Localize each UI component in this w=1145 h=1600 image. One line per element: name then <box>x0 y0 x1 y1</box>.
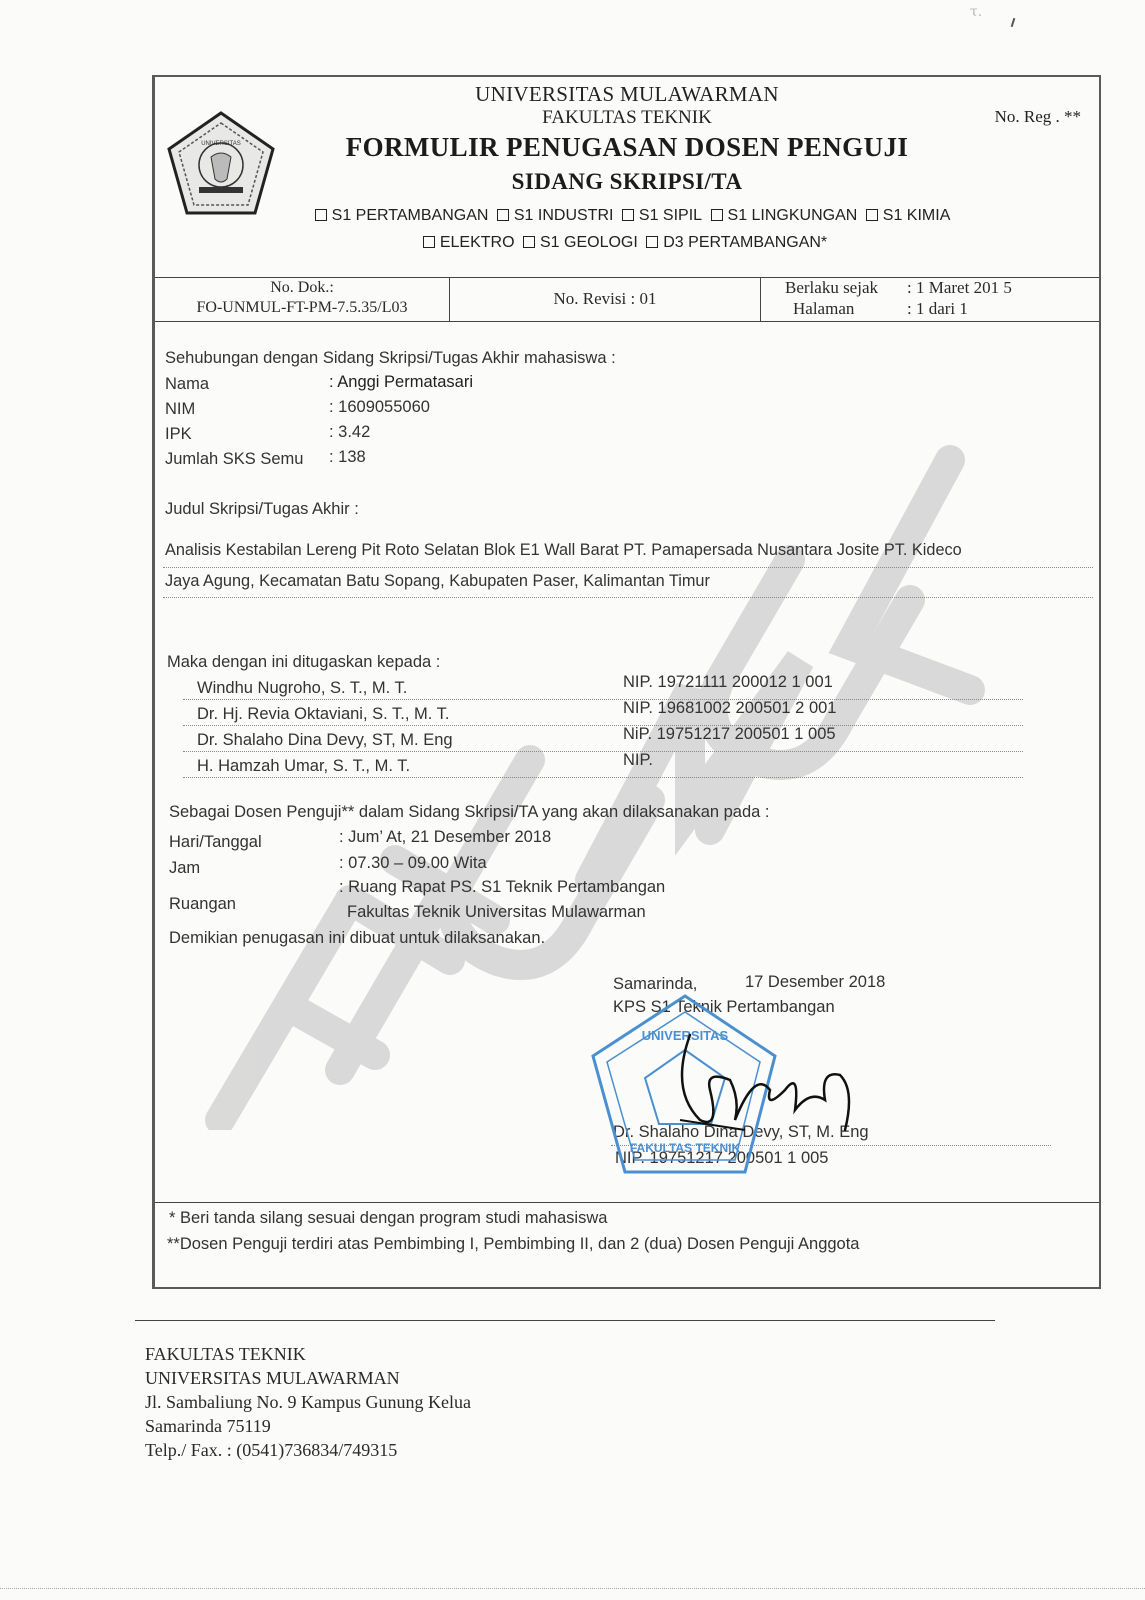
checkbox[interactable] <box>423 236 435 248</box>
page-value: : 1 dari 1 <box>907 299 968 319</box>
faculty-name: FAKULTAS TEKNIK <box>155 107 1099 129</box>
validity-cell: Berlaku sejak : 1 Maret 201 5 Halaman : … <box>761 277 1099 321</box>
dotted-divider <box>183 725 1023 726</box>
program-option[interactable]: S1 KIMIA <box>866 207 951 225</box>
checkbox[interactable] <box>497 209 509 221</box>
program-option[interactable]: S1 SIPIL <box>622 207 702 225</box>
field-label-nama: Nama <box>165 375 209 394</box>
examiner-name: H. Hamzah Umar, S. T., M. T. <box>197 757 410 776</box>
margin-mark <box>1011 18 1016 27</box>
address-line-2: UNIVERSITAS MULAWARMAN <box>145 1368 400 1389</box>
thesis-title-line-2: Jaya Agung, Kecamatan Batu Sopang, Kabup… <box>165 572 710 591</box>
room-value-line-1: : Ruang Rapat PS. S1 Teknik Pertambangan <box>339 878 665 897</box>
day-label: Hari/Tanggal <box>169 833 262 852</box>
page-label: Halaman <box>793 299 854 319</box>
doc-number-label: No. Dok.: <box>155 279 449 297</box>
dotted-divider <box>183 699 1023 700</box>
thesis-title-line-1: Analisis Kestabilan Lereng Pit Roto Sela… <box>165 541 962 560</box>
doc-number-cell: No. Dok.: FO-UNMUL-FT-PM-7.5.35/L03 <box>155 277 450 321</box>
examiner-nip: NIP. 19681002 200501 2 001 <box>623 699 836 718</box>
dotted-divider <box>163 597 1093 598</box>
schedule-intro: Sebagai Dosen Penguji** dalam Sidang Skr… <box>169 803 770 822</box>
field-value-ipk: : 3.42 <box>329 423 370 442</box>
closing-statement: Demikian penugasan ini dibuat untuk dila… <box>169 929 545 948</box>
examiner-name: Windhu Nugroho, S. T., M. T. <box>197 679 407 698</box>
time-value: : 07.30 – 09.00 Wita <box>339 854 487 873</box>
program-option[interactable]: S1 PERTAMBANGAN <box>315 207 489 225</box>
program-option[interactable]: S1 INDUSTRI <box>497 207 614 225</box>
page-edge-line <box>0 1588 1145 1589</box>
examiner-name: Dr. Hj. Revia Oktaviani, S. T., M. T. <box>197 705 449 724</box>
address-line-1: FAKULTAS TEKNIK <box>145 1344 306 1365</box>
checkbox[interactable] <box>646 236 658 248</box>
doc-number-value: FO-UNMUL-FT-PM-7.5.35/L03 <box>155 299 449 317</box>
field-value-nim: : 1609055060 <box>329 398 430 417</box>
checkbox[interactable] <box>711 209 723 221</box>
room-value-line-2: Fakultas Teknik Universitas Mulawarman <box>347 903 646 922</box>
field-value-sks: : 138 <box>329 448 366 467</box>
footnote-2: **Dosen Penguji terdiri atas Pembimbing … <box>167 1235 859 1254</box>
footnotes: * Beri tanda silang sesuai dengan progra… <box>155 1202 1099 1263</box>
margin-scribble: τ. <box>970 4 982 20</box>
address-line-3: Jl. Sambaliung No. 9 Kampus Gunung Kelua <box>145 1392 471 1413</box>
form-header: UNIVERSITAS UNIVERSITAS MULAWARMAN FAKUL… <box>155 77 1099 278</box>
revision-cell: No. Revisi : 01 <box>450 277 761 321</box>
checkbox[interactable] <box>315 209 327 221</box>
field-label-nim: NIM <box>165 400 195 419</box>
revision-number: No. Revisi : 01 <box>450 289 760 309</box>
examiner-nip: NiP. 19751217 200501 1 005 <box>623 725 836 744</box>
examiner-nip: NIP. 19721111 200012 1 001 <box>623 673 833 692</box>
room-label: Ruangan <box>169 895 236 914</box>
footnote-1: * Beri tanda silang sesuai dengan progra… <box>169 1209 607 1228</box>
examiner-nip: NIP. <box>623 751 653 770</box>
dotted-divider <box>183 751 1023 752</box>
examiner-name: Dr. Shalaho Dina Devy, ST, M. Eng <box>197 731 453 750</box>
checkbox[interactable] <box>866 209 878 221</box>
checkbox[interactable] <box>622 209 634 221</box>
checkbox[interactable] <box>523 236 535 248</box>
university-name: UNIVERSITAS MULAWARMAN <box>155 82 1099 107</box>
dotted-divider <box>183 777 1023 778</box>
address-divider <box>135 1320 995 1321</box>
student-intro: Sehubungan dengan Sidang Skripsi/Tugas A… <box>165 349 616 368</box>
program-option[interactable]: S1 LINGKUNGAN <box>711 207 858 225</box>
dotted-divider <box>163 567 1093 568</box>
document-info-row: No. Dok.: FO-UNMUL-FT-PM-7.5.35/L03 No. … <box>155 277 1099 322</box>
program-checkboxes-row-1: S1 PERTAMBANGAN S1 INDUSTRI S1 SIPIL S1 … <box>155 207 1099 225</box>
address-line-4: Samarinda 75119 <box>145 1416 271 1437</box>
address-line-5: Telp./ Fax. : (0541)736834/749315 <box>145 1440 397 1461</box>
program-option[interactable]: S1 GEOLOGI <box>523 234 638 252</box>
program-option[interactable]: D3 PERTAMBANGAN* <box>646 234 827 252</box>
svg-text:FAKULTAS TEKNIK: FAKULTAS TEKNIK <box>630 1141 741 1155</box>
field-value-nama: : Anggi Permatasari <box>329 373 473 392</box>
form-title: FORMULIR PENUGASAN DOSEN PENGUJI <box>155 132 1099 163</box>
handwritten-signature-icon <box>660 1030 870 1140</box>
registration-number: No. Reg . ** <box>995 107 1081 127</box>
valid-since-value: : 1 Maret 201 5 <box>907 278 1012 298</box>
form-subtitle: SIDANG SKRIPSI/TA <box>155 169 1099 195</box>
thesis-title-label: Judul Skripsi/Tugas Akhir : <box>165 500 359 519</box>
time-label: Jam <box>169 859 200 878</box>
valid-since-label: Berlaku sejak <box>785 278 878 298</box>
program-option[interactable]: ELEKTRO <box>423 234 515 252</box>
field-label-ipk: IPK <box>165 425 192 444</box>
assignment-intro: Maka dengan ini ditugaskan kepada : <box>167 653 440 672</box>
day-value: : Jum’ At, 21 Desember 2018 <box>339 828 551 847</box>
program-checkboxes-row-2: ELEKTRO S1 GEOLOGI D3 PERTAMBANGAN* <box>155 234 1099 252</box>
field-label-sks: Jumlah SKS Semu <box>165 450 303 469</box>
